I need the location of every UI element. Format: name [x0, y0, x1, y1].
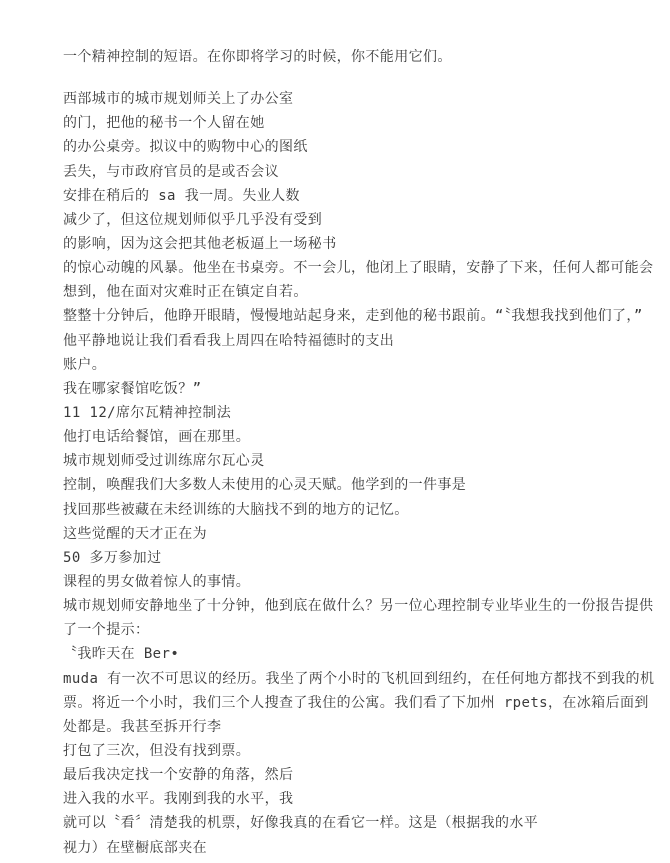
text-line: 〝我昨天在 Ber• [63, 642, 660, 666]
text-line: 50 多万参加过 [63, 546, 660, 570]
blank-line [63, 69, 660, 87]
text-line: 这些觉醒的天才正在为 [63, 522, 660, 546]
text-line: 控制，唤醒我们大多数人未使用的心灵天赋。他学到的一件事是 [63, 473, 660, 497]
text-line: 安排在稍后的 sa 我一周。失业人数 [63, 184, 660, 208]
text-line: 的影响，因为这会把其他老板逼上一场秘书 [63, 232, 660, 256]
text-line: 想到，他在面对灾难时正在镇定自若。 [63, 280, 660, 304]
text-line: 课程的男女做着惊人的事情。 [63, 570, 660, 594]
document-text: 一个精神控制的短语。在你即将学习的时候，你不能用它们。西部城市的城市规划师关上了… [63, 45, 660, 860]
text-line: 我在哪家餐馆吃饭？” [63, 377, 660, 401]
text-line: 减少了，但这位规划师似乎几乎没有受到 [63, 208, 660, 232]
text-line: 的办公桌旁。拟议中的购物中心的图纸 [63, 135, 660, 159]
text-line: 一个精神控制的短语。在你即将学习的时候，你不能用它们。 [63, 45, 660, 69]
text-line: 他打电话给餐馆，画在那里。 [63, 425, 660, 449]
text-line: 进入我的水平。我刚到我的水平，我 [63, 787, 660, 811]
text-line: 票。将近一个小时，我们三个人搜查了我住的公寓。我们看了下加州 rpets，在冰箱… [63, 691, 660, 715]
text-line: 了一个提示： [63, 618, 660, 642]
text-line: 整整十分钟后，他睁开眼睛，慢慢地站起身来，走到他的秘书跟前。“〝我想我找到他们了… [63, 304, 660, 328]
text-line: 处都是。我甚至拆开行李 [63, 715, 660, 739]
text-line: 城市规划师安静地坐了十分钟，他到底在做什么？另一位心理控制专业毕业生的一份报告提… [63, 594, 660, 618]
text-line: 城市规划师受过训练席尔瓦心灵 [63, 449, 660, 473]
text-line: 打包了三次，但没有找到票。 [63, 739, 660, 763]
text-line: muda 有一次不可思议的经历。我坐了两个小时的飞机回到纽约，在任何地方都找不到… [63, 667, 660, 691]
text-line: 就可以〝看〞清楚我的机票，好像我真的在看它一样。这是（根据我的水平 [63, 811, 660, 835]
text-line: 西部城市的城市规划师关上了办公室 [63, 87, 660, 111]
text-line: 视力）在壁橱底部夹在 [63, 836, 660, 860]
text-line: 的惊心动魄的风暴。他坐在书桌旁。不一会儿，他闭上了眼睛，安静了下来，任何人都可能… [63, 256, 660, 280]
text-line: 找回那些被藏在未经训练的大脑找不到的地方的记忆。 [63, 498, 660, 522]
document-page: 一个精神控制的短语。在你即将学习的时候，你不能用它们。西部城市的城市规划师关上了… [0, 0, 670, 863]
text-line: 丢失，与市政府官员的是或否会议 [63, 160, 660, 184]
text-line: 最后我决定找一个安静的角落，然后 [63, 763, 660, 787]
text-line: 账户。 [63, 353, 660, 377]
text-line: 的门，把他的秘书一个人留在她 [63, 111, 660, 135]
text-line: 他平静地说让我们看看我上周四在哈特福德时的支出 [63, 329, 660, 353]
text-line: 11 12/席尔瓦精神控制法 [63, 401, 660, 425]
